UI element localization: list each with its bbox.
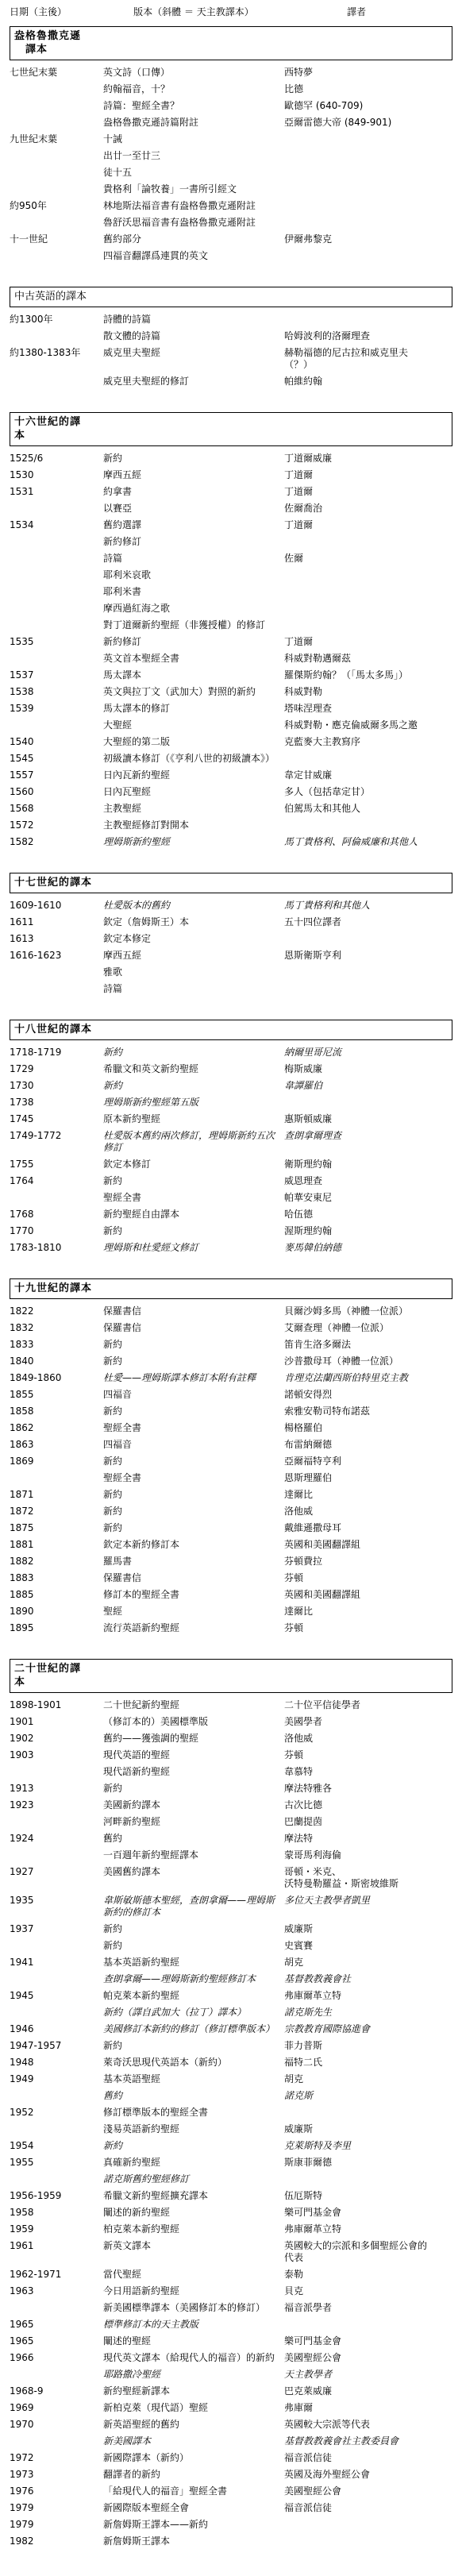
- cell-translator: [284, 536, 429, 548]
- table-row: 1609-1610杜愛版本的舊約馬丁貴格利和其他人: [10, 897, 452, 914]
- table-row: 1903現代英語的聖經芬頓: [10, 1747, 452, 1764]
- cell-date: 1730: [10, 1080, 103, 1092]
- cell-version: 新約: [103, 1225, 284, 1237]
- cell-date: 1958: [10, 2207, 103, 2219]
- cell-version: 聖經: [103, 1606, 284, 1618]
- table-row: 1755欽定本修訂衛斯理約翰: [10, 1156, 452, 1173]
- table-row: 四福音翻譯爲連貫的英文: [10, 248, 452, 264]
- cell-date: [10, 2173, 103, 2185]
- cell-date: 1901: [10, 1716, 103, 1728]
- table-row: 現代語新約聖經韋慕特: [10, 1764, 452, 1780]
- cell-version: 新柏克萊（現代語）聖經: [103, 2402, 284, 2414]
- table-row: 1947-1957新約菲力普斯: [10, 2038, 452, 2054]
- cell-version: 欽定（詹姆斯王）本: [103, 916, 284, 928]
- table-row: 1770新約渥斯理約翰: [10, 1223, 452, 1240]
- cell-version: 摩西五經: [103, 950, 284, 962]
- cell-translator: 福特二氏: [284, 2057, 429, 2069]
- cell-version: 舊約選譯: [103, 519, 284, 531]
- cell-version: 新約: [103, 1175, 284, 1187]
- cell-date: 1903: [10, 1749, 103, 1761]
- cell-version: 翻譯者的新約: [103, 2469, 284, 2481]
- cell-date: [10, 1816, 103, 1828]
- table-row: 1768新約聖經自由譯本哈伍德: [10, 1206, 452, 1223]
- table-row: 1970新英語聖經的舊約英國較大宗派等代表: [10, 2416, 452, 2433]
- cell-date: 1540: [10, 736, 103, 748]
- cell-version: 修訂標準版本的聖經全書: [103, 2107, 284, 2119]
- cell-translator: 韋慕特: [284, 1766, 429, 1778]
- table-row: 1545初級讀本修訂（《亨利八世的初級讀本》）: [10, 750, 452, 767]
- cell-date: 1952: [10, 2107, 103, 2119]
- cell-translator: 多位天主教學者凱里: [284, 1895, 429, 1919]
- cell-date: 1924: [10, 1833, 103, 1845]
- table-row: 1534舊約選譯丁道爾: [10, 517, 452, 534]
- cell-translator: 韋譚羅伯: [284, 1080, 429, 1092]
- cell-version: 主教聖經: [103, 803, 284, 815]
- cell-translator: 亞爾福特亨利: [284, 1456, 429, 1467]
- table-row: 1531約拿書丁道爾: [10, 484, 452, 500]
- cell-version: 新英文譯本: [103, 2240, 284, 2264]
- cell-translator: 芬頓: [284, 1622, 429, 1634]
- cell-version: 新約: [103, 1940, 284, 1952]
- cell-version: 保羅書信: [103, 1572, 284, 1584]
- table-row: 1902舊約——獲強調的聖經洛他威: [10, 1730, 452, 1747]
- cell-translator: 比德: [284, 83, 429, 95]
- cell-date: 1883: [10, 1572, 103, 1584]
- cell-translator: 巴克萊威廉: [284, 2385, 429, 2397]
- era-section-4: 十八世紀的譯本1718-1719新約納爾里哥尼流1729希臘文和英文新約聖經梅斯…: [10, 1020, 452, 1256]
- cell-version: 修訂本的聖經全書: [103, 1589, 284, 1601]
- cell-version: 保羅書信: [103, 1305, 284, 1317]
- cell-version: 諾克斯舊約聖經修訂: [103, 2173, 284, 2185]
- table-row: 九世紀末葉十誡: [10, 131, 452, 148]
- column-header-version: 版本（斜體 ＝ 天主教譯本）: [103, 6, 284, 18]
- cell-version: 盎格魯撒克遜詩篇附註: [103, 117, 284, 129]
- cell-date: 1832: [10, 1322, 103, 1334]
- cell-date: 1961: [10, 2240, 103, 2264]
- cell-date: [10, 503, 103, 515]
- cell-translator: 韋定甘威廉: [284, 769, 429, 781]
- cell-version: 新國際譯本（新約）: [103, 2452, 284, 2464]
- cell-date: [10, 619, 103, 631]
- cell-translator: 帕維約翰: [284, 376, 429, 388]
- table-row: 1764新約威恩理查: [10, 1173, 452, 1190]
- era-rows: 1609-1610杜愛版本的舊約馬丁貴格利和其他人1611欽定（詹姆斯王）本五十…: [10, 897, 452, 997]
- cell-translator: 福音派信徒: [284, 2452, 429, 2464]
- cell-date: [10, 2369, 103, 2381]
- cell-translator: 伊爾弗黎克: [284, 233, 429, 245]
- cell-version: 徒十五: [103, 167, 284, 179]
- cell-date: 1935: [10, 1895, 103, 1919]
- cell-date: 1545: [10, 753, 103, 765]
- table-row: 1963今日用語新約聖經貝克: [10, 2283, 452, 2300]
- cell-translator: 克萊斯特及李里: [284, 2140, 429, 2152]
- cell-translator: 哥頓・米克、 沃特曼勒羅益・斯密坡維斯: [284, 1866, 429, 1890]
- cell-version: 散文體的詩篇: [103, 330, 284, 342]
- cell-version: 新美國標準譯本（美國修訂本的修訂）: [103, 2302, 284, 2314]
- cell-version: 新英語聖經的舊約: [103, 2419, 284, 2431]
- table-row: 新美國譯本基督教教義會社主教委員會: [10, 2433, 452, 2450]
- table-row: 英文首本聖經全書科威對勒邁爾茲: [10, 650, 452, 667]
- cell-version: 英文首本聖經全書: [103, 653, 284, 665]
- cell-translator: [284, 2107, 429, 2119]
- cell-date: 1855: [10, 1389, 103, 1401]
- cell-date: 1937: [10, 1923, 103, 1935]
- cell-version: 保羅書信: [103, 1322, 284, 1334]
- cell-version: 今日用語新約聖經: [103, 2285, 284, 2297]
- cell-version: 羅馬書: [103, 1556, 284, 1568]
- cell-translator: 英國及海外聖經公會: [284, 2469, 429, 2481]
- cell-translator: 沙普撒母耳（神體一位派）: [284, 1355, 429, 1367]
- cell-date: 1966: [10, 2352, 103, 2364]
- column-header-translator: 譯者: [284, 6, 429, 18]
- table-row: 1969新柏克萊（現代語）聖經弗庫爾: [10, 2400, 452, 2416]
- cell-date: [10, 966, 103, 978]
- cell-version: 摩西過紅海之歌: [103, 603, 284, 615]
- table-row: 1976「給現代人的福音」聖經全書美國聖經公會: [10, 2483, 452, 2500]
- cell-translator: 泰勒: [284, 2269, 429, 2281]
- cell-translator: 宗教教育國際協進會: [284, 2023, 429, 2035]
- table-row: 1955真確新約聖經斯康菲爾德: [10, 2154, 452, 2171]
- cell-date: 約1380-1383年: [10, 347, 103, 371]
- cell-date: 1923: [10, 1799, 103, 1811]
- table-row: 1849-1860杜愛——理姆斯譯本修訂本附有註釋肯理克法蘭西斯伯特里克主教: [10, 1370, 452, 1386]
- cell-date: [10, 1766, 103, 1778]
- cell-version: 真確新約聖經: [103, 2157, 284, 2169]
- table-row: 1855四福音諾頓安得烈: [10, 1386, 452, 1403]
- cell-version: 新約: [103, 1047, 284, 1059]
- cell-translator: 科威對勒・應克倫威爾多馬之邀: [284, 719, 429, 731]
- cell-version: 新約: [103, 453, 284, 465]
- cell-version: 以賽亞: [103, 503, 284, 515]
- cell-date: [10, 983, 103, 995]
- cell-date: [10, 1472, 103, 1484]
- cell-translator: 胡克: [284, 2073, 429, 2085]
- cell-version: 舊約: [103, 2090, 284, 2102]
- cell-version: 新約修訂: [103, 636, 284, 648]
- cell-date: 1557: [10, 769, 103, 781]
- cell-translator: [284, 314, 429, 326]
- table-row: 詩篇佐爾: [10, 550, 452, 567]
- cell-date: 1535: [10, 636, 103, 648]
- cell-date: 1969: [10, 2402, 103, 2414]
- cell-date: 1962-1971: [10, 2269, 103, 2281]
- cell-translator: 麥馬韓伯納德: [284, 1242, 429, 1254]
- cell-date: [10, 569, 103, 581]
- table-row: 約翰福音，十？比德: [10, 81, 452, 98]
- cell-date: 1530: [10, 469, 103, 481]
- table-row: 1611欽定（詹姆斯王）本五十四位譯者: [10, 914, 452, 931]
- cell-date: 1947-1957: [10, 2040, 103, 2052]
- cell-date: [10, 653, 103, 665]
- table-header-row: 日期（主後） 版本（斜體 ＝ 天主教譯本） 譯者: [10, 5, 452, 26]
- cell-translator: 諾頓安得烈: [284, 1389, 429, 1401]
- cell-version: 新約: [103, 2040, 284, 2052]
- table-row: 出廿一至廿三: [10, 148, 452, 164]
- cell-version: 杜愛版本的舊約: [103, 900, 284, 912]
- cell-date: 1745: [10, 1113, 103, 1125]
- cell-translator: 貝爾沙姆多馬（神體一位派）: [284, 1305, 429, 1317]
- table-row: 七世紀末葉英文詩（口傳）西特夢: [10, 64, 452, 81]
- cell-date: [10, 150, 103, 162]
- cell-date: 1738: [10, 1097, 103, 1109]
- table-row: 1924舊約摩法特: [10, 1830, 452, 1847]
- table-row: 1895流行英語新約聖經芬頓: [10, 1620, 452, 1637]
- cell-translator: 伯駕馬太和其他人: [284, 803, 429, 815]
- cell-translator: 芬頓: [284, 1572, 429, 1584]
- cell-version: 威克里夫聖經的修訂: [103, 376, 284, 388]
- table-row: 1537馬太譯本羅傑斯約翰？（「馬太多馬」）: [10, 667, 452, 684]
- cell-date: 1768: [10, 1209, 103, 1221]
- table-row: 大聖經科威對勒・應克倫威爾多馬之邀: [10, 717, 452, 734]
- cell-version: 新約: [103, 1080, 284, 1092]
- table-row: 1968-9新約聖經新譯本巴克萊威廉: [10, 2383, 452, 2400]
- cell-version: 流行英語新約聖經: [103, 1622, 284, 1634]
- cell-version: 馬太譯本的修訂: [103, 703, 284, 715]
- table-row: 1941基本英語新約聖經胡克: [10, 1954, 452, 1971]
- table-row: 1832保羅書信艾爾查理（神體一位派）: [10, 1320, 452, 1336]
- era-title: 中古英語的譯本: [14, 290, 449, 303]
- cell-date: 1963: [10, 2285, 103, 2297]
- cell-translator: 馬丁貴格利和其他人: [284, 900, 429, 912]
- table-row: 1616-1623摩西五經恩斯衛斯亨利: [10, 947, 452, 964]
- table-row: 1946美國修訂本新約的修訂（修訂標準版本）宗教教育國際協進會: [10, 2021, 452, 2038]
- cell-date: 1968-9: [10, 2385, 103, 2397]
- cell-translator: 摩法特: [284, 1833, 429, 1845]
- cell-translator: 歐德罕 (640-709): [284, 100, 429, 112]
- cell-translator: 弗庫爾革立特: [284, 2223, 429, 2235]
- cell-translator: [284, 586, 429, 598]
- cell-translator: 蒙哥馬利海倫: [284, 1849, 429, 1861]
- cell-date: 1979: [10, 2519, 103, 2531]
- table-row: 1937新約威廉斯: [10, 1921, 452, 1938]
- cell-date: 1970: [10, 2419, 103, 2431]
- cell-translator: [284, 217, 429, 229]
- table-row: 新約史賓賽: [10, 1938, 452, 1954]
- era-section-6: 二十世紀的譯 本1898-1901二十世紀新約聖經二十位平信徒學者1901（修訂…: [10, 1659, 452, 2550]
- cell-date: 1881: [10, 1539, 103, 1551]
- table-row: 1962-1971當代聖經泰勒: [10, 2266, 452, 2283]
- cell-translator: 亞爾雷德大帝 (849-901): [284, 117, 429, 129]
- cell-date: 1531: [10, 486, 103, 498]
- cell-translator: 佐爾喬治: [284, 503, 429, 515]
- table-row: 1858新約索雅安勒司特布諾茲: [10, 1403, 452, 1420]
- cell-version: 現代語新約聖經: [103, 1766, 284, 1778]
- bible-translations-table: 日期（主後） 版本（斜體 ＝ 天主教譯本） 譯者 盎格魯撒克遜 譯本七世紀末葉英…: [0, 0, 462, 2566]
- cell-date: 1979: [10, 2502, 103, 2514]
- table-row: 1972新國際譯本（新約）福音派信徒: [10, 2450, 452, 2466]
- cell-translator: 五十四位譯者: [284, 916, 429, 928]
- cell-version: 新國際版本聖經全會: [103, 2502, 284, 2514]
- era-title-box: 十七世紀的譯本: [10, 873, 452, 893]
- table-row: 約1380-1383年威克里夫聖經赫勒福德的尼古拉和威克里夫（？）: [10, 345, 452, 373]
- table-row: 新約（譯自武加大（拉丁）譯本）諾克斯先生: [10, 2004, 452, 2021]
- era-rows: 約1300年詩體的詩篇散文體的詩篇哈姆波利的洛爾理查約1380-1383年威克里…: [10, 311, 452, 390]
- table-row: 1862聖經全書楊格羅伯: [10, 1420, 452, 1436]
- cell-version: 日內瓦聖經: [103, 786, 284, 798]
- cell-version: 當代聖經: [103, 2269, 284, 2281]
- table-row: 1901（修訂本的）美國標準版美國學者: [10, 1714, 452, 1730]
- cell-version: 馬太譯本: [103, 669, 284, 681]
- cell-translator: 科威對勒: [284, 686, 429, 698]
- table-row: 1956-1959希臘文新約聖經擴充譯本伍厄斯特: [10, 2188, 452, 2204]
- cell-version: 新約: [103, 1406, 284, 1417]
- table-row: 1979新國際版本聖經全會福音派信徒: [10, 2500, 452, 2516]
- table-row: 威克里夫聖經的修訂帕維約翰: [10, 373, 452, 390]
- cell-version: 理姆斯和杜愛經文修訂: [103, 1242, 284, 1254]
- cell-translator: 威恩理查: [284, 1175, 429, 1187]
- era-section-1: 中古英語的譯本約1300年詩體的詩篇散文體的詩篇哈姆波利的洛爾理查約1380-1…: [10, 287, 452, 390]
- table-row: 耶利米哀歌: [10, 567, 452, 584]
- cell-date: 1840: [10, 1355, 103, 1367]
- table-row: 魯舒沃思福音書有盎格魯撒克遜附註: [10, 214, 452, 231]
- cell-version: 理姆斯新約聖經: [103, 836, 284, 848]
- cell-translator: [284, 819, 429, 831]
- cell-translator: 衛斯理約翰: [284, 1159, 429, 1170]
- cell-date: 1858: [10, 1406, 103, 1417]
- cell-version: 舊約——獲強調的聖經: [103, 1733, 284, 1745]
- cell-version: 新約（譯自武加大（拉丁）譯本）: [103, 2007, 284, 2019]
- table-row: 1871新約達爾比: [10, 1487, 452, 1503]
- table-row: 1945帕克萊本新約聖經弗庫爾革立特: [10, 1988, 452, 2004]
- table-row: 一百週年新約聖經譯本蒙哥馬利海倫: [10, 1847, 452, 1864]
- cell-translator: 英國較大的宗派和多個聖經公會的代表: [284, 2240, 429, 2264]
- cell-date: [10, 603, 103, 615]
- era-title: 盎格魯撒克遜 譯本: [14, 29, 449, 56]
- cell-version: 杜愛版本舊約兩次修訂，理姆斯新約五次修訂: [103, 1130, 284, 1154]
- table-row: 1952修訂標準版本的聖經全書: [10, 2104, 452, 2121]
- cell-date: 1976: [10, 2485, 103, 2497]
- cell-date: [10, 1940, 103, 1952]
- era-title: 十九世紀的譯本: [14, 1282, 449, 1295]
- table-row: 1885修訂本的聖經全書英國和美國翻譯組: [10, 1587, 452, 1603]
- cell-translator: 納爾里哥尼流: [284, 1047, 429, 1059]
- cell-date: 1946: [10, 2023, 103, 2035]
- cell-version: 英文詩（口傳）: [103, 67, 284, 79]
- cell-translator: [284, 133, 429, 145]
- cell-version: 詩篇: [103, 983, 284, 995]
- cell-date: 1616-1623: [10, 950, 103, 962]
- table-row: 1539馬太譯本的修訂塔味涅理查: [10, 700, 452, 717]
- cell-version: 詩篇: [103, 553, 284, 565]
- era-title: 十八世紀的譯本: [14, 1023, 449, 1036]
- cell-date: 1955: [10, 2157, 103, 2169]
- cell-translator: 艾爾查理（神體一位派）: [284, 1322, 429, 1334]
- cell-date: 1525/6: [10, 453, 103, 465]
- era-rows: 1525/6新約丁道爾威廉1530摩西五經丁道爾1531約拿書丁道爾以賽亞佐爾喬…: [10, 450, 452, 850]
- cell-translator: 楊格羅伯: [284, 1422, 429, 1434]
- cell-date: 1982: [10, 2536, 103, 2547]
- cell-version: 耶利米書: [103, 586, 284, 598]
- cell-translator: 丁道爾: [284, 469, 429, 481]
- cell-translator: 丁道爾: [284, 519, 429, 531]
- table-row: 查朗拿爾——理姆斯新約聖經修訂本基督教教義會社: [10, 1971, 452, 1988]
- cell-date: 約950年: [10, 200, 103, 212]
- cell-date: 1560: [10, 786, 103, 798]
- table-row: 1540大聖經的第二版克藍麥大主教寫序: [10, 734, 452, 750]
- cell-translator: 諾克斯先生: [284, 2007, 429, 2019]
- cell-date: [10, 1973, 103, 1985]
- cell-translator: [284, 2173, 429, 2185]
- table-row: 1530摩西五經丁道爾: [10, 467, 452, 484]
- era-title-box: 十八世紀的譯本: [10, 1020, 452, 1040]
- cell-translator: [284, 619, 429, 631]
- table-row: 1982新詹姆斯王譯本: [10, 2533, 452, 2550]
- cell-date: 1833: [10, 1339, 103, 1351]
- cell-translator: 二十位平信徒學者: [284, 1699, 429, 1711]
- cell-date: [10, 2090, 103, 2102]
- cell-translator: 摩法特雅各: [284, 1783, 429, 1795]
- cell-version: 萊奇沃思現代英語本（新約）: [103, 2057, 284, 2069]
- table-row: 1958闡述的新約聖經樂可門基金會: [10, 2204, 452, 2221]
- cell-translator: [284, 933, 429, 945]
- cell-version: 新約: [103, 1522, 284, 1534]
- era-title-box: 盎格魯撒克遜 譯本: [10, 26, 452, 60]
- cell-version: 欽定本新約修訂本: [103, 1539, 284, 1551]
- cell-date: 1927: [10, 1866, 103, 1890]
- cell-version: 查朗拿爾——理姆斯新約聖經修訂本: [103, 1973, 284, 1985]
- cell-translator: 弗庫爾革立特: [284, 1990, 429, 2002]
- cell-date: 1973: [10, 2469, 103, 2481]
- table-row: 散文體的詩篇哈姆波利的洛爾理查: [10, 328, 452, 345]
- cell-date: 1875: [10, 1522, 103, 1534]
- cell-version: 新美國譯本: [103, 2435, 284, 2447]
- cell-version: 現代英語的聖經: [103, 1749, 284, 1761]
- cell-version: 聖經全書: [103, 1472, 284, 1484]
- era-title-box: 二十世紀的譯 本: [10, 1659, 452, 1693]
- cell-version: 新約: [103, 1489, 284, 1501]
- cell-translator: [284, 966, 429, 978]
- cell-translator: 佐爾: [284, 553, 429, 565]
- cell-version: 約拿書: [103, 486, 284, 498]
- cell-date: [10, 167, 103, 179]
- cell-translator: 基督教教義會社: [284, 1973, 429, 1985]
- cell-translator: 英國和美國翻譯組: [284, 1589, 429, 1601]
- cell-date: 1913: [10, 1783, 103, 1795]
- cell-date: 1954: [10, 2140, 103, 2152]
- cell-translator: 達爾比: [284, 1489, 429, 1501]
- cell-translator: 威廉斯: [284, 1923, 429, 1935]
- cell-translator: 羅傑斯約翰？（「馬太多馬」）: [284, 669, 429, 681]
- cell-date: 1749-1772: [10, 1130, 103, 1154]
- cell-translator: 布雷納爾德: [284, 1439, 429, 1451]
- cell-translator: 查朗拿爾理查: [284, 1130, 429, 1154]
- cell-version: 約翰福音，十？: [103, 83, 284, 95]
- cell-translator: [284, 1097, 429, 1109]
- cell-translator: 戴維遜撒母耳: [284, 1522, 429, 1534]
- cell-translator: [284, 983, 429, 995]
- cell-version: 雅歌: [103, 966, 284, 978]
- cell-version: 大聖經的第二版: [103, 736, 284, 748]
- cell-translator: [284, 603, 429, 615]
- cell-date: 1872: [10, 1506, 103, 1517]
- cell-date: 1539: [10, 703, 103, 715]
- cell-date: [10, 250, 103, 262]
- cell-date: 1568: [10, 803, 103, 815]
- cell-version: 希臘文和英文新約聖經: [103, 1063, 284, 1075]
- cell-translator: 福音派信徒: [284, 2502, 429, 2514]
- cell-version: 新詹姆斯王譯本: [103, 2536, 284, 2547]
- cell-version: 新約: [103, 1355, 284, 1367]
- cell-translator: [284, 150, 429, 162]
- era-title: 十六世紀的譯 本: [14, 415, 449, 442]
- table-row: 雅歌: [10, 964, 452, 981]
- table-row: 1525/6新約丁道爾威廉: [10, 450, 452, 467]
- cell-translator: [284, 250, 429, 262]
- table-row: 1883保羅書信芬頓: [10, 1570, 452, 1587]
- cell-version: 新約: [103, 2140, 284, 2152]
- table-row: 1882羅馬書芬頓費拉: [10, 1553, 452, 1570]
- cell-date: 1882: [10, 1556, 103, 1568]
